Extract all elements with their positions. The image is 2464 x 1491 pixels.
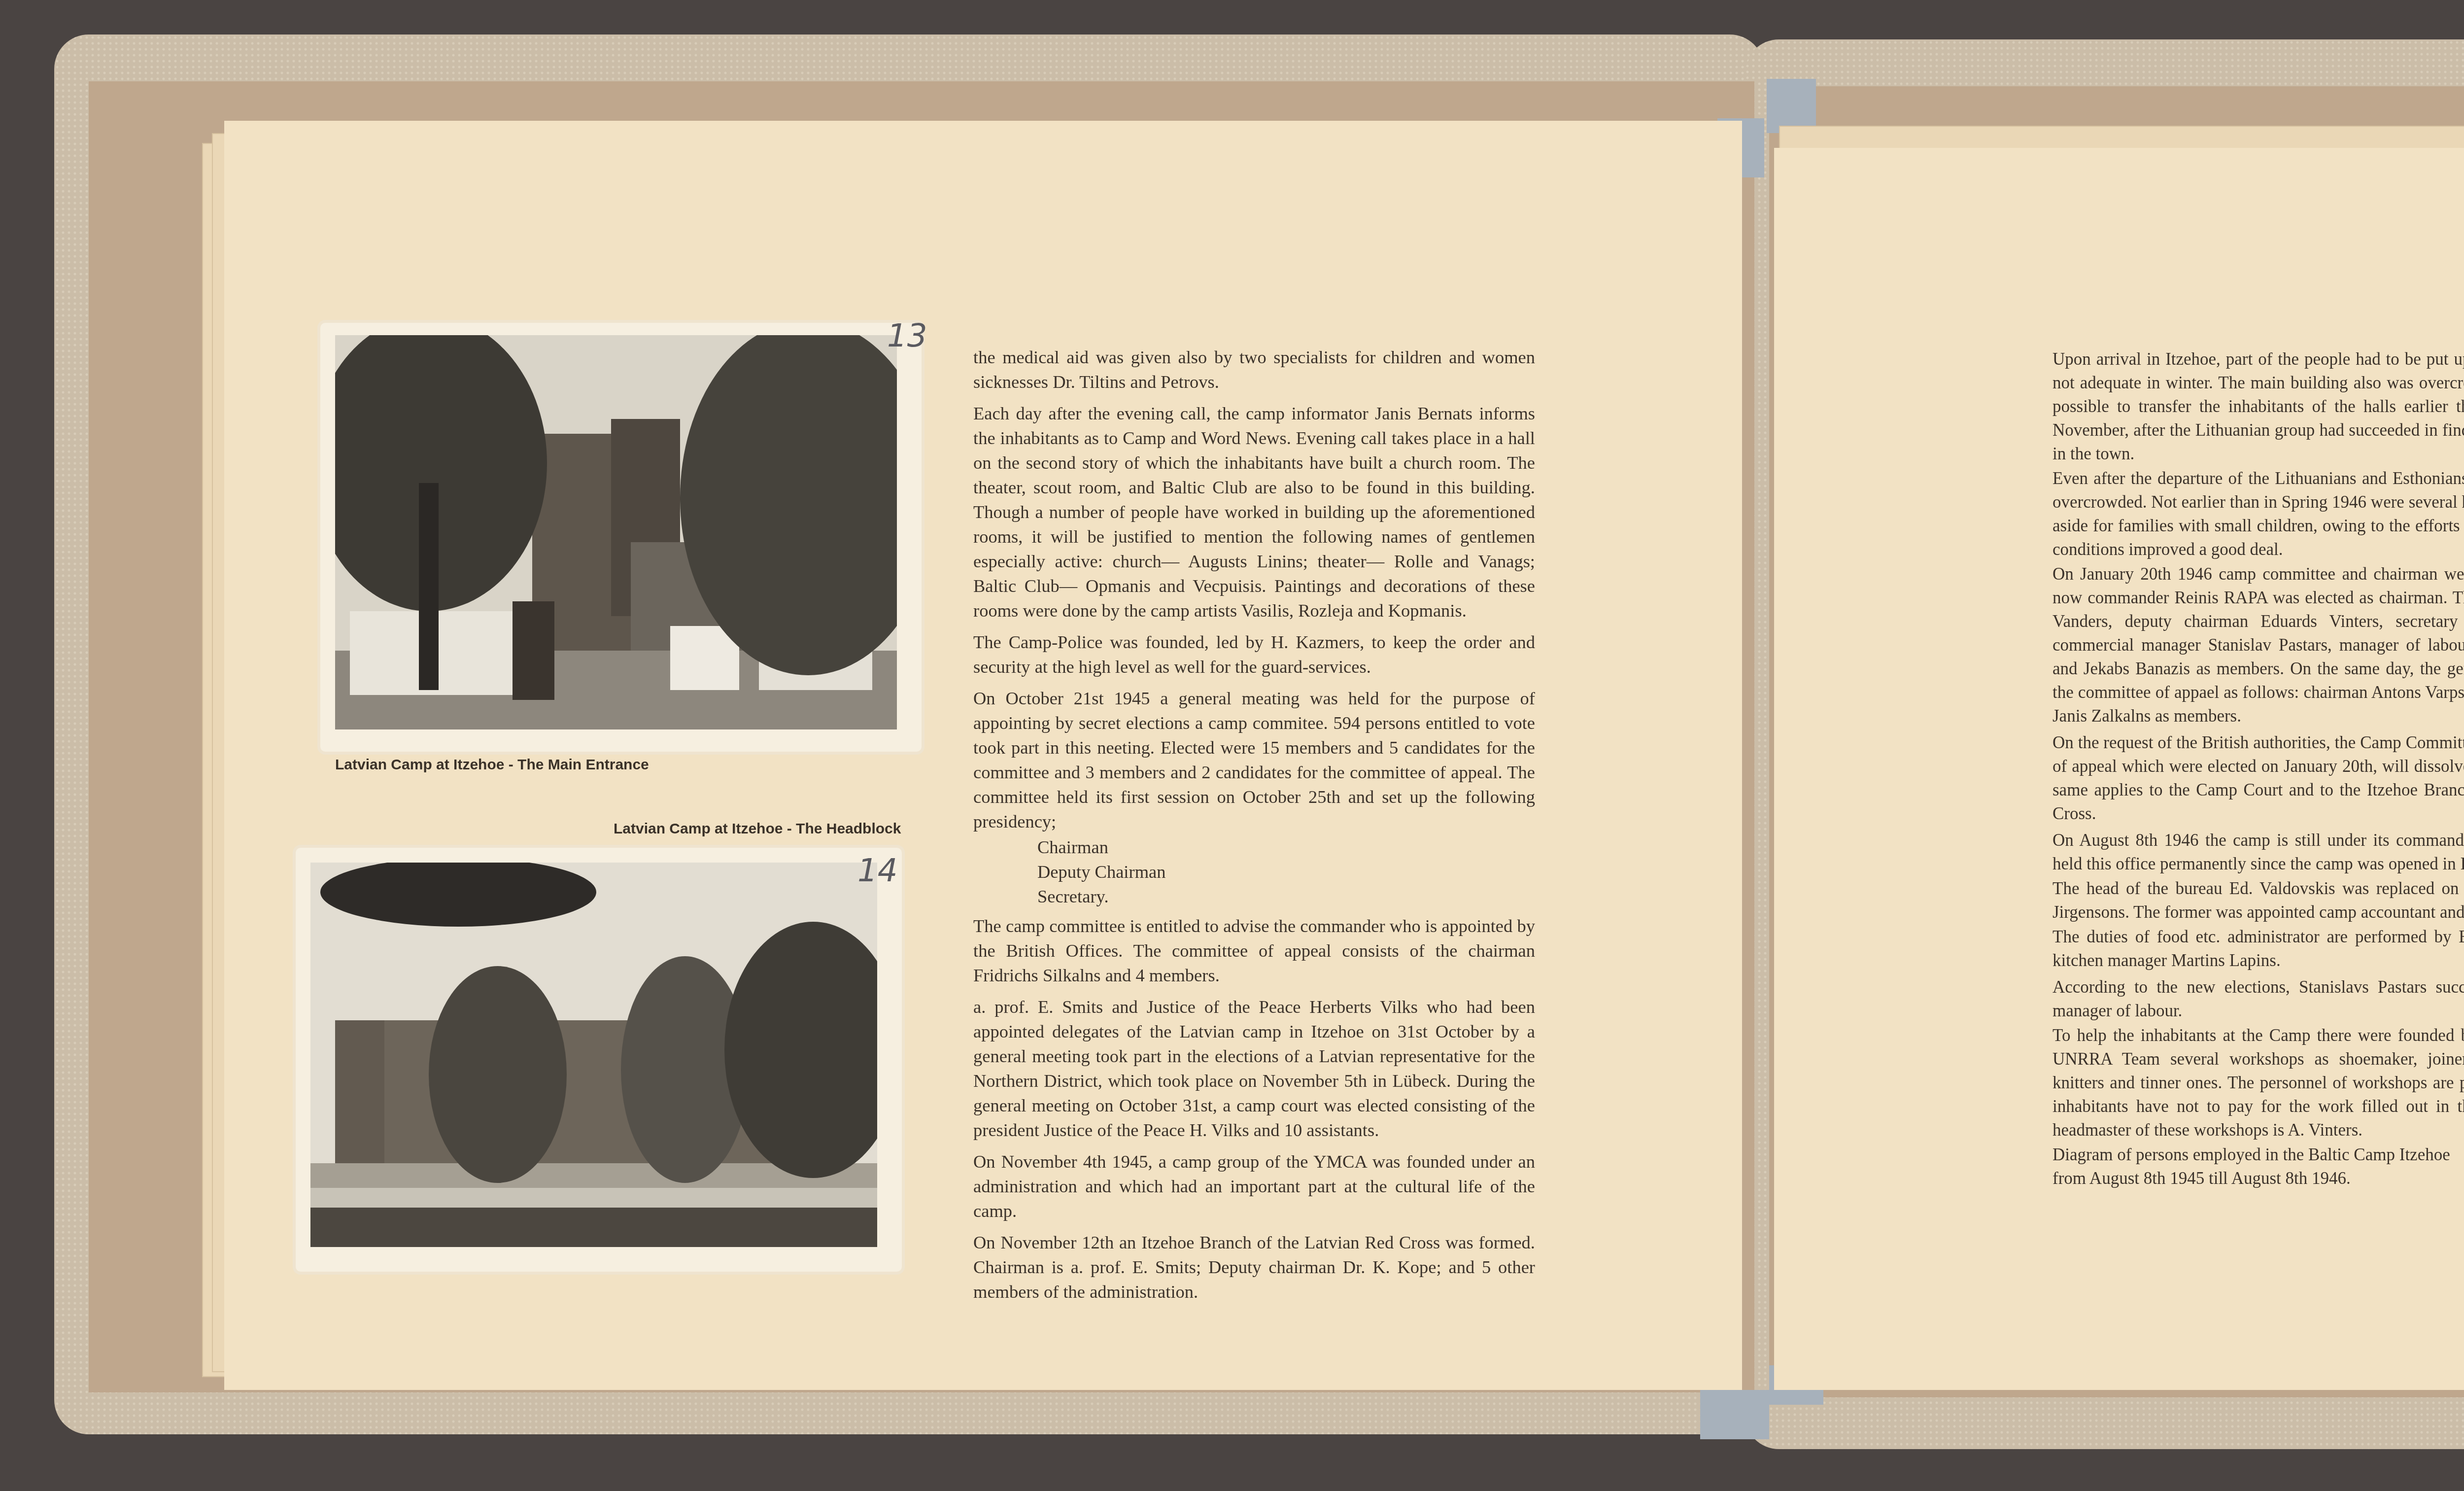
paragraph: The duties of food etc. administrator ar…: [2053, 925, 2464, 972]
photo-headblock: [310, 863, 877, 1247]
paragraph: According to the new elections, Stanisla…: [2053, 975, 2464, 1023]
presidency-item: Deputy Chairman: [973, 860, 1535, 884]
photo-headblock-image: [310, 863, 877, 1247]
paragraph: a. prof. E. Smits and Justice of the Pea…: [973, 995, 1535, 1143]
paragraph: On November 4th 1945, a camp group of th…: [973, 1149, 1535, 1223]
paragraph: the medical aid was given also by two sp…: [973, 345, 1535, 394]
paragraph: To help the inhabitants at the Camp ther…: [2053, 1024, 2464, 1142]
presidency-item: Chairman: [973, 835, 1535, 860]
paragraph: On October 21st 1945 a general meating w…: [973, 686, 1535, 834]
paragraph: The Camp-Police was founded, led by H. K…: [973, 630, 1535, 679]
photo-main-entrance: [335, 335, 897, 729]
photo-main-entrance-image: [335, 335, 897, 729]
paragraph: The head of the bureau Ed. Valdovskis wa…: [2053, 877, 2464, 924]
paragraph: On January 20th 1946 camp committee and …: [2053, 562, 2464, 728]
left-page-text: the medical aid was given also by two sp…: [973, 345, 1535, 1311]
paragraph: On the request of the British authoritie…: [2053, 731, 2464, 826]
caption-main-entrance: Latvian Camp at Itzehoe - The Main Entra…: [335, 757, 649, 773]
right-page-text: Upon arrival in Itzehoe, part of the peo…: [2053, 347, 2464, 1190]
caption-headblock: Latvian Camp at Itzehoe - The Headblock: [614, 821, 901, 837]
diagram-title: Diagram of persons employed in the Balti…: [2053, 1143, 2464, 1167]
photo-number-14: 14: [857, 853, 897, 889]
presidency-item: Secretary.: [973, 884, 1535, 909]
paragraph: On November 12th an Itzehoe Branch of th…: [973, 1230, 1535, 1304]
diagram-title: from August 8th 1945 till August 8th 194…: [2053, 1167, 2464, 1190]
photo-main-entrance-frame: 13: [320, 323, 922, 752]
paragraph: Even after the departure of the Lithuani…: [2053, 467, 2464, 561]
photo-headblock-frame: 14: [296, 848, 902, 1272]
photo-number-13: 13: [887, 318, 927, 354]
paragraph: Each day after the evening call, the cam…: [973, 401, 1535, 623]
spine-tape-bottom-left: [1700, 1390, 1769, 1439]
paragraph: On August 8th 1946 the camp is still und…: [2053, 829, 2464, 876]
paragraph: Upon arrival in Itzehoe, part of the peo…: [2053, 347, 2464, 466]
paragraph: The camp committee is entitled to advise…: [973, 914, 1535, 988]
spine-tape-top-right: [1767, 79, 1816, 133]
